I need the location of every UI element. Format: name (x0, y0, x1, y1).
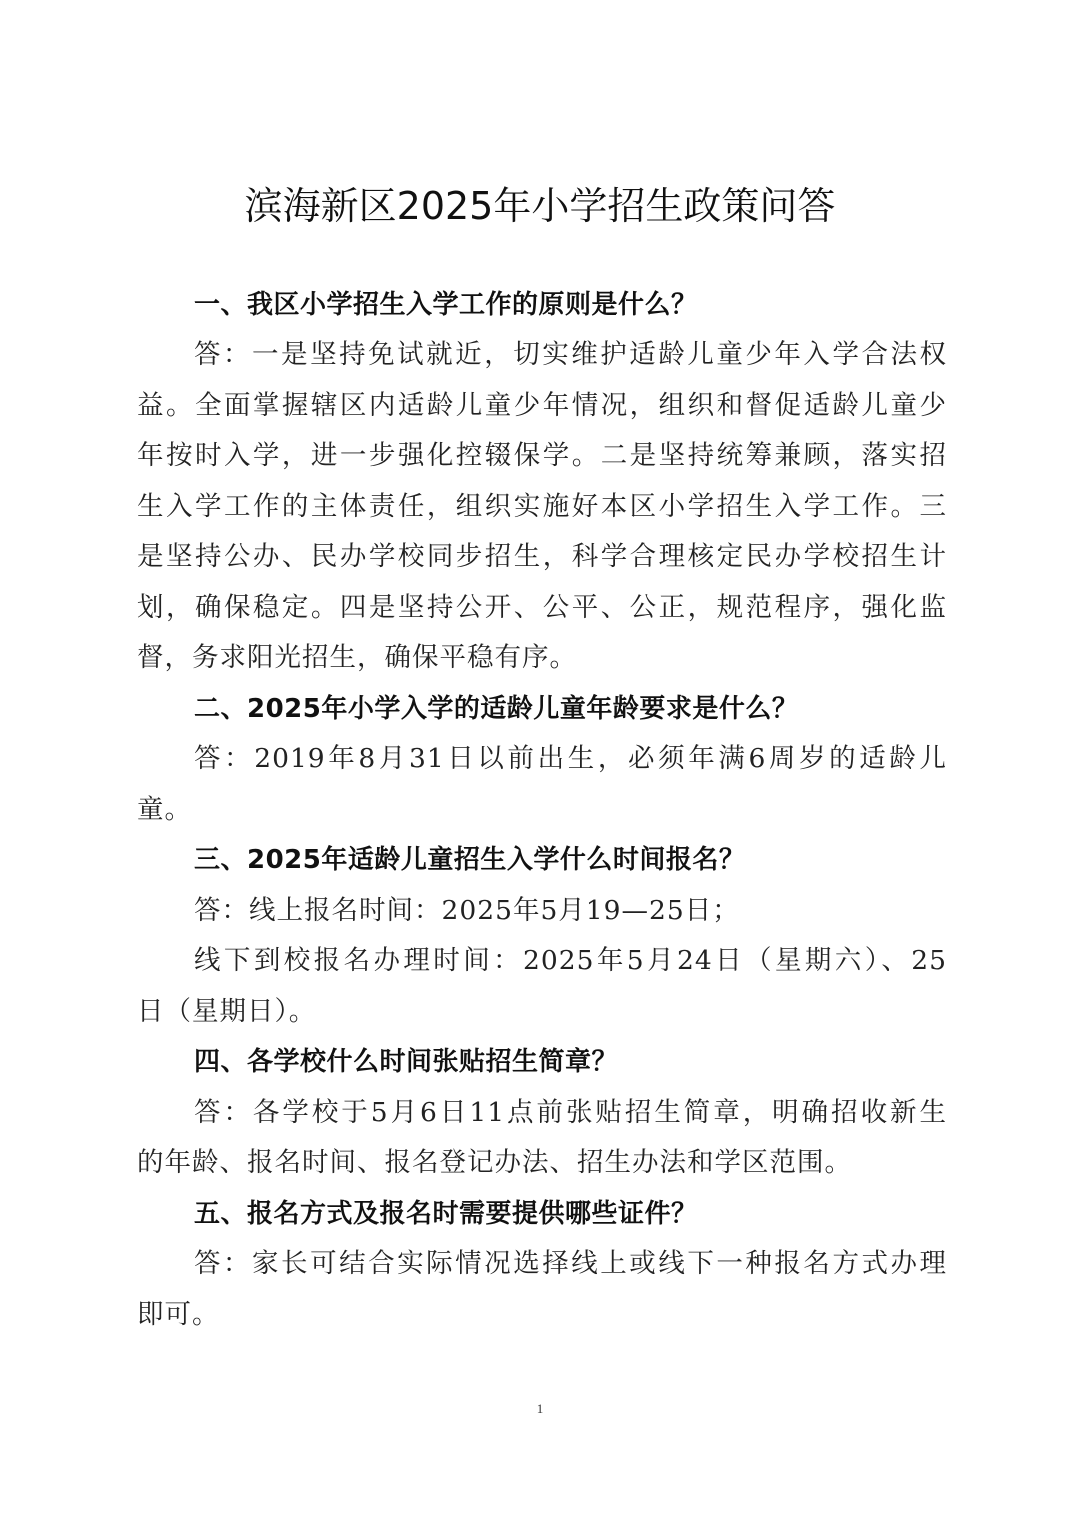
answer-1-line-5: 是坚持公办、民办学校同步招生，科学合理核定民办学校招生计 (137, 537, 947, 577)
answer-1-line-6: 划，确保稳定。四是坚持公开、公平、公正，规范程序，强化监 (137, 588, 947, 628)
answer-2-line-2: 童。 (137, 790, 947, 830)
answer-2-line-1: 答：2019年8月31日以前出生，必须年满6周岁的适龄儿 (194, 739, 947, 779)
answer-3-line-3: 日（星期日）。 (137, 992, 947, 1032)
answer-3-line-2: 线下到校报名办理时间：2025年5月24日（星期六）、25 (194, 941, 947, 981)
answer-1-line-7: 督，务求阳光招生，确保平稳有序。 (137, 638, 947, 678)
answer-1-line-3: 年按时入学，进一步强化控辍保学。二是坚持统筹兼顾，落实招 (137, 436, 947, 476)
answer-3-line-1: 答：线上报名时间：2025年5月19—25日； (194, 891, 947, 931)
question-5: 五、报名方式及报名时需要提供哪些证件？ (194, 1194, 947, 1234)
answer-4-line-1: 答：各学校于5月6日11点前张贴招生简章，明确招收新生 (194, 1093, 947, 1133)
question-3: 三、2025年适龄儿童招生入学什么时间报名？ (194, 840, 947, 880)
answer-5-line-2: 即可。 (137, 1295, 947, 1335)
question-4: 四、各学校什么时间张贴招生简章？ (194, 1042, 947, 1082)
document-title: 滨海新区2025年小学招生政策问答 (0, 178, 1080, 234)
answer-4-line-2: 的年龄、报名时间、报名登记办法、招生办法和学区范围。 (137, 1143, 947, 1183)
question-1: 一、我区小学招生入学工作的原则是什么？ (194, 285, 947, 325)
document-page: 滨海新区2025年小学招生政策问答 一、我区小学招生入学工作的原则是什么？ 答：… (0, 0, 1080, 1527)
answer-1-line-4: 生入学工作的主体责任，组织实施好本区小学招生入学工作。三 (137, 487, 947, 527)
answer-5-line-1: 答：家长可结合实际情况选择线上或线下一种报名方式办理 (194, 1244, 947, 1284)
page-number: 1 (0, 1400, 1080, 1418)
question-2: 二、2025年小学入学的适龄儿童年龄要求是什么？ (194, 689, 947, 729)
answer-1-line-1: 答：一是坚持免试就近，切实维护适龄儿童少年入学合法权 (194, 335, 947, 375)
answer-1-line-2: 益。全面掌握辖区内适龄儿童少年情况，组织和督促适龄儿童少 (137, 386, 947, 426)
